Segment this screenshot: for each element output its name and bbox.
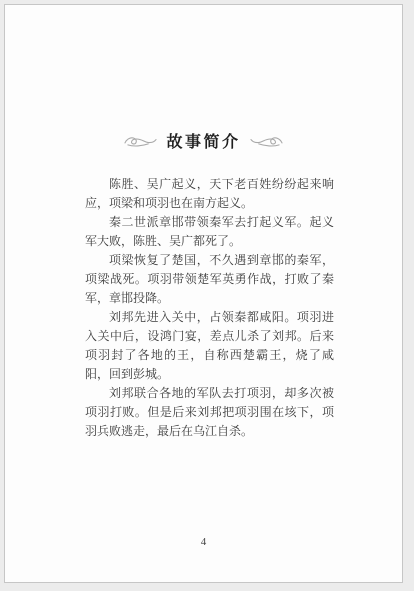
- book-page: 故事简介 陈胜、吴广起义，天下老百姓纷纷起来响应，项梁和项羽也在南方起义。 秦二…: [4, 4, 403, 583]
- story-paragraph: 刘邦先进入关中，占领秦都咸阳。项羽进入关中后，设鸿门宴，差点儿杀了刘邦。后来项羽…: [85, 308, 334, 384]
- page-title: 故事简介: [166, 129, 240, 152]
- chapter-heading: 故事简介: [5, 129, 402, 152]
- story-paragraph: 陈胜、吴广起义，天下老百姓纷纷起来响应，项梁和项羽也在南方起义。: [85, 175, 334, 213]
- story-text: 陈胜、吴广起义，天下老百姓纷纷起来响应，项梁和项羽也在南方起义。 秦二世派章邯带…: [85, 175, 334, 441]
- story-paragraph: 刘邦联合各地的军队去打项羽，却多次被项羽打败。但是后来刘邦把项羽围在垓下，项羽兵…: [85, 384, 334, 441]
- story-paragraph: 项梁恢复了楚国，不久遇到章邯的秦军，项梁战死。项羽带领楚军英勇作战，打败了秦军，…: [85, 251, 334, 308]
- flourish-left-icon: [124, 134, 157, 148]
- story-paragraph: 秦二世派章邯带领秦军去打起义军。起义军大败，陈胜、吴广都死了。: [85, 213, 334, 251]
- flourish-right-icon: [250, 134, 283, 148]
- page-number: 4: [5, 536, 402, 548]
